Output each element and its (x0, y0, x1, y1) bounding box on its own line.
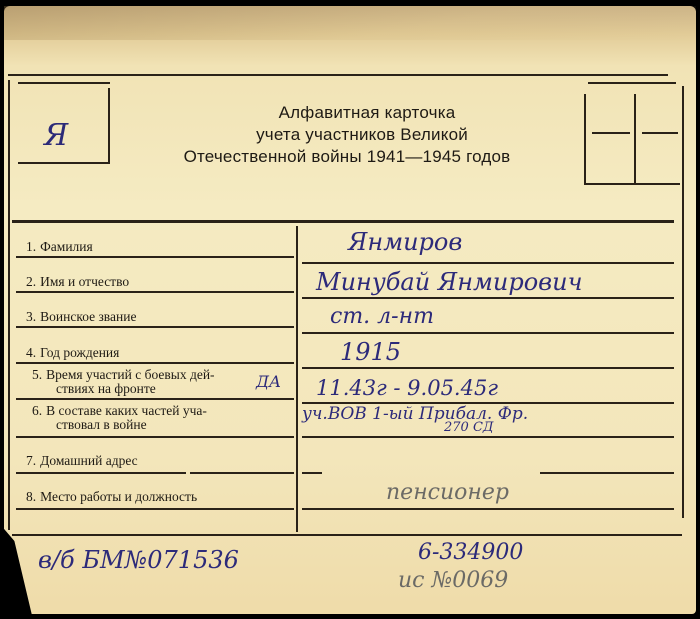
field-label-text: Домашний адрес (40, 453, 138, 468)
value-rank: ст. л-нт (330, 304, 434, 329)
field-label-text: В составе каких частей уча- (46, 403, 207, 418)
field-label-text: Воинское звание (40, 309, 136, 324)
row-rule (540, 472, 674, 474)
row-rule (16, 291, 294, 293)
value-service-period: 11.43г - 9.05.45г (316, 376, 498, 400)
field-label-text: ствиях на фронте (32, 381, 156, 396)
field-label-text: Фамилия (40, 239, 93, 254)
field-label-text: Имя и отчество (40, 274, 129, 289)
field-label-text: Год рождения (40, 345, 119, 360)
right-box-top (588, 82, 676, 84)
field-label-text: Время участий с боевых дей- (46, 367, 214, 382)
letter-box-bottom (18, 162, 110, 164)
card-top-rule (8, 74, 668, 76)
row-rule (16, 398, 294, 400)
row-rule (302, 436, 674, 438)
field-label-name: 2.Имя и отчество (26, 275, 129, 289)
footer-right-note-1: 6-334900 (418, 540, 523, 565)
field-number: 2. (26, 274, 36, 289)
row-rule (16, 362, 294, 364)
field-number: 7. (26, 453, 36, 468)
field-label-text: Место работы и должность (40, 489, 197, 504)
field-label-text: ствовал в войне (32, 417, 147, 432)
header-thick-rule (12, 220, 674, 223)
field-label-address: 7.Домашний адрес (26, 454, 138, 468)
title-line-2: учета участников Великой (112, 124, 582, 146)
value-name: Минубай Янмирович (316, 268, 583, 296)
row-rule (16, 436, 294, 438)
right-box-bottom (584, 183, 680, 185)
letter-box-top (18, 82, 110, 84)
row-rule (16, 508, 294, 510)
field-label-birth-year: 4.Год рождения (26, 346, 119, 360)
right-box-dash-1 (592, 132, 630, 134)
letter-box-right (108, 88, 110, 162)
row-rule (302, 332, 674, 334)
field-number: 4. (26, 345, 36, 360)
field-number: 6. (32, 403, 42, 418)
row-rule (16, 256, 294, 258)
field-number: 1. (26, 239, 36, 254)
right-box-dash-2 (642, 132, 678, 134)
value-birth-year: 1915 (340, 338, 401, 366)
right-box-left (584, 94, 586, 184)
card-title: Алфавитная карточка учета участников Вел… (112, 102, 582, 168)
field-label-workplace: 8.Место работы и должность (26, 490, 197, 504)
registration-card: Я Алфавитная карточка учета участников В… (4, 6, 696, 614)
card-bottom-rule (12, 534, 682, 536)
value-units: уч.ВОВ 1-ый Прибал. Фр. (302, 404, 528, 424)
field-label-units: 6.В составе каких частей уча- ствовал в … (32, 404, 207, 432)
field-label-service-period: 5.Время участий с боевых дей- ствиях на … (32, 368, 215, 396)
card-right-border (682, 86, 684, 518)
row-rule (302, 262, 674, 264)
field-number: 5. (32, 367, 42, 382)
card-left-border (8, 80, 10, 530)
paper-crease (4, 6, 696, 40)
column-divider (296, 226, 298, 532)
title-line-1: Алфавитная карточка (112, 102, 582, 124)
field-label-surname: 1.Фамилия (26, 240, 93, 254)
index-letter: Я (44, 118, 68, 153)
row-rule (16, 326, 294, 328)
row-rule (302, 297, 674, 299)
title-line-3: Отечественной войны 1941—1945 годов (112, 146, 582, 168)
footer-right-note-2: ис №0069 (398, 568, 508, 593)
row-rule (302, 508, 674, 510)
service-annotation: ДА (256, 372, 281, 391)
field-number: 8. (26, 489, 36, 504)
value-units-sub: 270 СД (444, 420, 493, 435)
right-box-divider (634, 94, 636, 184)
row-rule (190, 472, 294, 474)
row-rule (16, 472, 186, 474)
field-label-rank: 3.Воинское звание (26, 310, 136, 324)
footer-left-note: в/б БМ№071536 (38, 546, 239, 574)
value-surname: Янмиров (348, 228, 462, 256)
row-rule (302, 367, 674, 369)
value-workplace: пенсионер (386, 480, 509, 505)
field-number: 3. (26, 309, 36, 324)
